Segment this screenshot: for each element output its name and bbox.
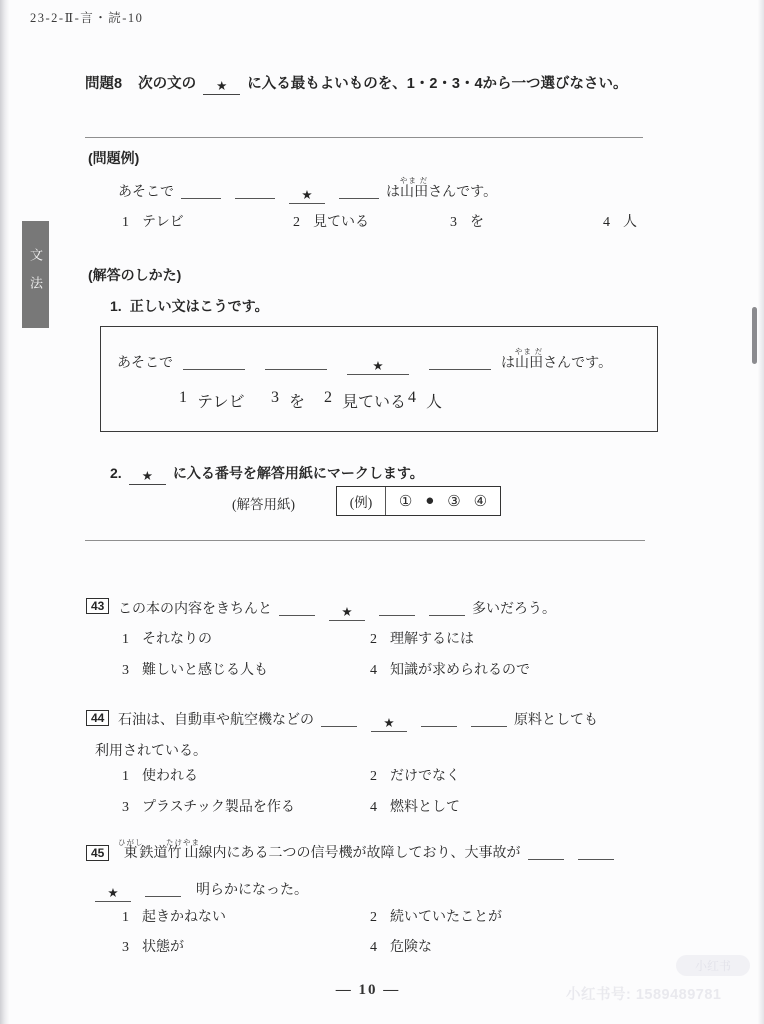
blank-4: [429, 354, 491, 370]
furigana: やま だ: [515, 347, 543, 356]
star-mark: ★: [301, 188, 312, 202]
option-number: 2: [370, 632, 377, 648]
star-mark: ★: [341, 605, 352, 619]
name-with-furigana: 山田やま だ: [400, 185, 428, 200]
answer-text: 人: [426, 389, 442, 412]
name-with-furigana: 山田やま だ: [515, 356, 543, 371]
option-number: 4: [370, 940, 377, 956]
option-text: 難しいと感じる人も: [142, 659, 268, 679]
option-2: 2だけでなく: [370, 765, 460, 785]
option-3: 3状態が: [122, 936, 184, 956]
blank-1: [181, 183, 221, 199]
sentence-text: 鉄道: [140, 846, 168, 861]
sentence-tail: 原料としても: [514, 709, 598, 729]
star-blank: ★: [95, 886, 131, 902]
option-text: を: [470, 211, 484, 231]
option-number: 1: [122, 910, 129, 926]
sentence-text: 線内にある二つの信号機が故障しており、大事故が: [199, 846, 521, 861]
sentence-post: は山田やま ださんです。: [386, 176, 497, 201]
blank-1: [279, 600, 315, 616]
option-3: 3プラスチック製品を作る: [122, 796, 295, 816]
example-option-1: 1テレビ: [122, 211, 184, 231]
sheet-marks: ① ● ③ ④: [386, 487, 500, 515]
howto-heading-label: (解答のしかた): [88, 265, 181, 285]
section-tab-grammar[interactable]: 文法: [22, 221, 49, 328]
page-left-edge: [0, 0, 9, 1024]
option-text: テレビ: [142, 211, 184, 231]
option-number: 2: [293, 215, 300, 231]
option-number: 2: [370, 769, 377, 785]
question-45-number: 45: [86, 845, 109, 861]
option-text: 続いていたことが: [390, 906, 502, 926]
star-blank: ★: [371, 716, 407, 732]
sheet-example-cell: (例): [337, 487, 386, 515]
option-text: 危険な: [390, 936, 432, 956]
blank-4: [429, 600, 465, 616]
ruby-takeyama: 竹山たけやま: [168, 846, 199, 861]
sentence-particle: は: [501, 356, 515, 371]
correct-sentence-box: あそこで ★ は山田やま ださんです。 1テレビ 3を 2見ている 4人: [100, 326, 658, 432]
step-number: 2.: [110, 465, 122, 481]
xiaohongshu-badge: 小红书: [676, 955, 750, 976]
blank-1: [528, 844, 564, 860]
option-number: 1: [122, 632, 129, 648]
option-text: 知識が求められるので: [390, 659, 530, 679]
star-blank-underline: ★: [129, 469, 166, 485]
answer-number: 2: [324, 389, 332, 412]
divider-rule-top: [85, 137, 643, 138]
blank-3: [421, 711, 457, 727]
star-mark: ★: [372, 359, 383, 373]
scanned-test-page: 23-2-Ⅱ-言・読-10 問題8 次の文の ★ に入る最もよいものを、1・2・…: [0, 0, 764, 1024]
question-44-sentence: 石油は、自動車や航空機などの ★ 原料としても: [118, 708, 598, 729]
option-text: 使われる: [142, 765, 198, 785]
answer-sheet-box: (例) ① ● ③ ④: [336, 486, 501, 516]
example-option-2: 2見ている: [293, 211, 369, 231]
mark-circle-4: ④: [474, 492, 487, 511]
question-43-options-row2: 3難しいと感じる人も 4知識が求められるので: [0, 659, 764, 679]
question-45-options-row2: 3状態が 4危険な: [0, 936, 764, 956]
correct-sentence: あそこで ★ は山田やま ださんです。: [117, 347, 612, 372]
option-text: プラスチック製品を作る: [142, 796, 295, 816]
option-number: 4: [603, 215, 610, 231]
sentence-particle: は: [386, 185, 400, 200]
option-text: 起きかねない: [142, 906, 226, 926]
star-blank: ★: [329, 605, 365, 621]
option-number: 3: [122, 940, 129, 956]
step-text: 正しい文はこうです。: [130, 296, 269, 316]
star-mark: ★: [216, 79, 227, 93]
example-option-4: 4人: [603, 211, 637, 231]
star-blank: ★: [289, 188, 325, 204]
blank-2: [578, 844, 614, 860]
option-4: 4危険な: [370, 936, 432, 956]
star-blank-underline: ★: [203, 79, 240, 95]
star-mark: ★: [142, 469, 153, 483]
mark-filled-2: ●: [425, 493, 434, 510]
box-answer-4: 4人: [408, 389, 442, 412]
box-answer-1: 1テレビ: [179, 389, 245, 412]
answer-sheet-label: (解答用紙): [232, 493, 295, 513]
option-number: 3: [122, 663, 129, 679]
option-text: 人: [623, 211, 637, 231]
instruction-post: に入る最もよいものを、1・2・3・4から一つ選びなさい。: [247, 72, 627, 93]
option-1: 1起きかねない: [122, 906, 226, 926]
sentence-text: この本の内容をきちんと: [118, 598, 272, 618]
mark-circle-1: ①: [399, 492, 412, 511]
option-text: 状態が: [142, 936, 184, 956]
mark-circle-3: ③: [447, 492, 460, 511]
question-44-number: 44: [86, 710, 109, 726]
sentence-pre: あそこで: [117, 352, 173, 372]
step-text: に入る番号を解答用紙にマークします。: [173, 463, 424, 483]
question-43-number: 43: [86, 598, 109, 614]
blank-4: [145, 881, 181, 897]
option-number: 1: [122, 215, 129, 231]
question-45-sentence: 東ひがし鉄道竹山たけやま線内にある二つの信号機が故障しており、大事故が: [118, 838, 621, 862]
howto-step1: 1. 正しい文はこうです。: [110, 296, 269, 316]
star-mark: ★: [107, 886, 118, 900]
ruby-base: 竹山: [166, 846, 200, 861]
option-text: だけでなく: [390, 765, 460, 785]
howto-step2: 2. ★ に入る番号を解答用紙にマークします。: [110, 463, 424, 483]
answer-text: 見ている: [342, 389, 406, 412]
page-header-code: 23-2-Ⅱ-言・読-10: [30, 8, 143, 26]
option-number: 4: [370, 663, 377, 679]
option-3: 3難しいと感じる人も: [122, 659, 268, 679]
answer-text: テレビ: [197, 389, 245, 412]
answer-sheet-label-text: (解答用紙): [232, 493, 295, 513]
option-text: 理解するには: [390, 628, 474, 648]
sentence-tail: 多いだろう。: [472, 598, 556, 618]
blank-2: [265, 354, 327, 370]
sentence-post: は山田やま ださんです。: [501, 347, 612, 372]
option-4: 4燃料として: [370, 796, 460, 816]
option-text: 燃料として: [390, 796, 460, 816]
option-number: 4: [370, 800, 377, 816]
example-heading-label: (問題例): [88, 148, 139, 168]
howto-heading: (解答のしかた): [88, 265, 181, 285]
answer-number: 1: [179, 389, 187, 412]
box-answer-2: 3を: [271, 389, 305, 412]
blank-2: [235, 183, 275, 199]
example-option-3: 3を: [450, 211, 484, 231]
box-answer-3: 2見ている: [324, 389, 406, 412]
option-1: 1それなりの: [122, 628, 212, 648]
name-base: 山田: [515, 356, 543, 371]
question-45-options-row1: 1起きかねない 2続いていたことが: [0, 906, 764, 926]
blank-4: [471, 711, 507, 727]
option-text: それなりの: [142, 628, 212, 648]
furigana: ひがし: [118, 838, 144, 847]
option-1: 1使われる: [122, 765, 198, 785]
sentence-text-with-ruby: 東ひがし鉄道竹山たけやま線内にある二つの信号機が故障しており、大事故が: [118, 838, 521, 862]
divider-rule-middle: [85, 540, 645, 541]
answer-text: を: [289, 389, 305, 412]
xiaohongshu-watermark: 小红书号: 1589489781: [566, 983, 722, 1004]
sentence-text: 石油は、自動車や航空機などの: [118, 709, 314, 729]
star-blank: ★: [347, 359, 409, 375]
scrollbar-thumb[interactable]: [752, 307, 757, 364]
option-4: 4知識が求められるので: [370, 659, 530, 679]
question-45-sentence-line2: ★ 明らかになった。: [95, 878, 308, 899]
instruction-pre: 次の文の: [138, 72, 196, 93]
sentence-continuation: 利用されている。: [95, 740, 207, 760]
question-43-options-row1: 1それなりの 2理解するには: [0, 628, 764, 648]
sentence-tail: さんです。: [543, 356, 612, 371]
option-2: 2続いていたことが: [370, 906, 502, 926]
option-2: 2理解するには: [370, 628, 474, 648]
question-44-options-row1: 1使われる 2だけでなく: [0, 765, 764, 785]
question-43-sentence: この本の内容をきちんと ★ 多いだろう。: [118, 597, 556, 618]
question-44-sentence-line2: 利用されている。: [95, 740, 207, 760]
answer-number: 3: [271, 389, 279, 412]
name-base: 山田: [400, 185, 428, 200]
example-sentence: あそこで ★ は山田やま ださんです。: [118, 176, 497, 201]
option-number: 3: [450, 215, 457, 231]
question-44-options-row2: 3プラスチック製品を作る 4燃料として: [0, 796, 764, 816]
sentence-pre: あそこで: [118, 181, 174, 201]
blank-4: [339, 183, 379, 199]
furigana: やま だ: [400, 176, 428, 185]
blank-1: [183, 354, 245, 370]
option-number: 3: [122, 800, 129, 816]
star-mark: ★: [383, 716, 394, 730]
sentence-tail: 明らかになった。: [196, 879, 308, 899]
problem-label: 問題8: [85, 72, 122, 93]
ruby-east: 東ひがし: [118, 846, 140, 861]
furigana: たけやま: [166, 838, 200, 847]
blank-1: [321, 711, 357, 727]
example-heading: (問題例): [88, 148, 139, 168]
problem8-instruction: 問題8 次の文の ★ に入る最もよいものを、1・2・3・4から一つ選びなさい。: [85, 72, 628, 93]
step-number: 1.: [110, 298, 122, 314]
example-options-row: 1テレビ 2見ている 3を 4人: [0, 211, 764, 231]
option-text: 見ている: [313, 211, 369, 231]
page-right-edge: [758, 0, 764, 1024]
answer-number: 4: [408, 389, 416, 412]
blank-3: [379, 600, 415, 616]
option-number: 2: [370, 910, 377, 926]
sentence-tail: さんです。: [428, 185, 497, 200]
option-number: 1: [122, 769, 129, 785]
